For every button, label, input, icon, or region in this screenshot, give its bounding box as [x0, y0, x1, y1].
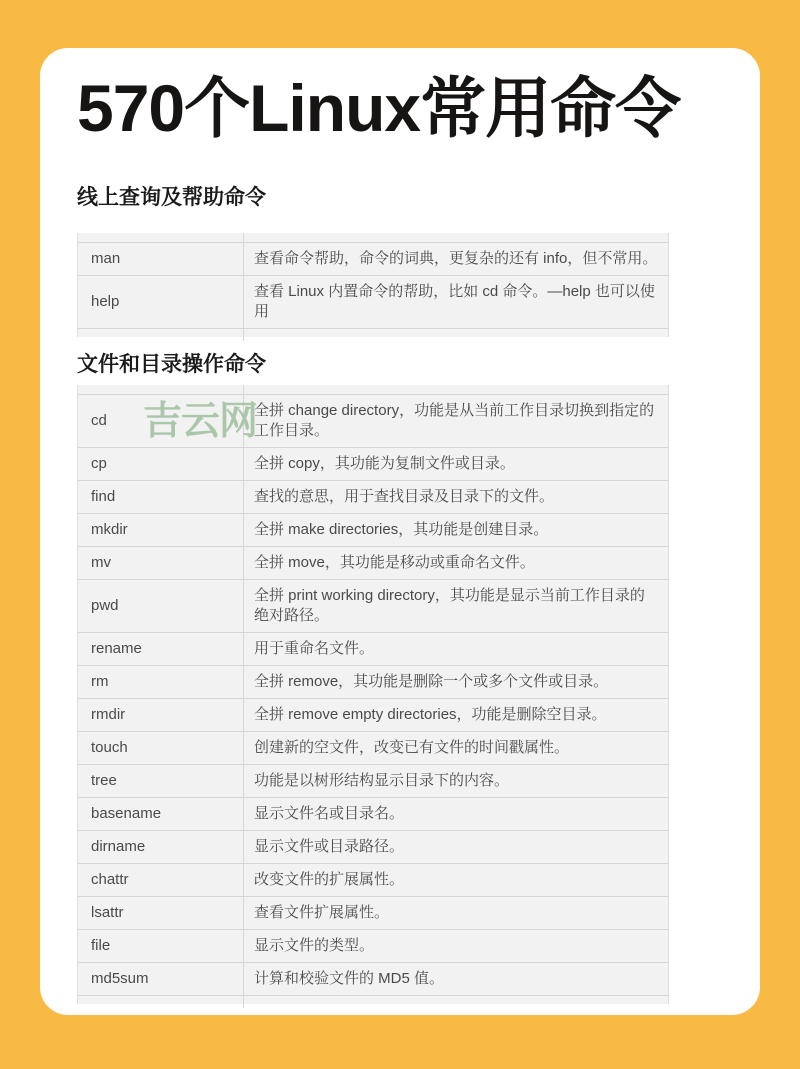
table-row: cd 全拼 change directory，功能是从当前工作目录切换到指定的工… — [78, 395, 668, 448]
description-cell: 显示文件或目录路径。 — [244, 831, 668, 863]
command-cell — [78, 329, 244, 341]
table-row: tree 功能是以树形结构显示目录下的内容。 — [78, 765, 668, 798]
description-cell: 创建新的空文件，改变已有文件的时间戳属性。 — [244, 732, 668, 764]
content-card: 570个Linux常用命令 线上查询及帮助命令 man 查看命令帮助，命令的词典… — [40, 48, 760, 1015]
description-cell: 全拼 remove，其功能是删除一个或多个文件或目录。 — [244, 666, 668, 698]
cropped-row-sliver — [78, 233, 668, 243]
table-row: mkdir 全拼 make directories，其功能是创建目录。 — [78, 514, 668, 547]
table-row: help 查看 Linux 内置命令的帮助，比如 cd 命令。—help 也可以… — [78, 276, 668, 329]
cropped-row-sliver — [78, 996, 668, 1004]
description-cell: 查看文件扩展属性。 — [244, 897, 668, 929]
file-dir-commands-table: cd 全拼 change directory，功能是从当前工作目录切换到指定的工… — [77, 385, 669, 1004]
command-cell: touch — [78, 732, 244, 764]
table-row: chattr 改变文件的扩展属性。 — [78, 864, 668, 897]
command-cell: rename — [78, 633, 244, 665]
command-cell: rm — [78, 666, 244, 698]
command-cell: file — [78, 930, 244, 962]
table-row: find 查找的意思，用于查找目录及目录下的文件。 — [78, 481, 668, 514]
table-row: dirname 显示文件或目录路径。 — [78, 831, 668, 864]
section-heading-file-dir: 文件和目录操作命令 — [77, 353, 725, 376]
description-cell: 查看命令帮助，命令的词典，更复杂的还有 info，但不常用。 — [244, 243, 668, 275]
table-row: lsattr 查看文件扩展属性。 — [78, 897, 668, 930]
command-cell: dirname — [78, 831, 244, 863]
command-cell: basename — [78, 798, 244, 830]
description-cell: 查找的意思，用于查找目录及目录下的文件。 — [244, 481, 668, 513]
table-row: rmdir 全拼 remove empty directories，功能是删除空… — [78, 699, 668, 732]
command-cell: md5sum — [78, 963, 244, 995]
table-row: rm 全拼 remove，其功能是删除一个或多个文件或目录。 — [78, 666, 668, 699]
section-heading-online-help: 线上查询及帮助命令 — [77, 186, 725, 209]
table-row: basename 显示文件名或目录名。 — [78, 798, 668, 831]
description-cell: 显示文件名或目录名。 — [244, 798, 668, 830]
command-cell: mkdir — [78, 514, 244, 546]
description-cell: 用于重命名文件。 — [244, 633, 668, 665]
command-cell — [78, 996, 244, 1008]
table-row: pwd 全拼 print working directory，其功能是显示当前工… — [78, 580, 668, 633]
description-cell: 查看 Linux 内置命令的帮助，比如 cd 命令。—help 也可以使用 — [244, 276, 668, 328]
table-row: file 显示文件的类型。 — [78, 930, 668, 963]
description-cell — [244, 329, 668, 341]
table-row: rename 用于重命名文件。 — [78, 633, 668, 666]
description-cell: 全拼 remove empty directories，功能是删除空目录。 — [244, 699, 668, 731]
description-cell: 功能是以树形结构显示目录下的内容。 — [244, 765, 668, 797]
command-cell: chattr — [78, 864, 244, 896]
cropped-row-sliver — [78, 385, 668, 395]
table-row: md5sum 计算和校验文件的 MD5 值。 — [78, 963, 668, 996]
description-cell: 显示文件的类型。 — [244, 930, 668, 962]
command-cell: lsattr — [78, 897, 244, 929]
command-cell: mv — [78, 547, 244, 579]
description-cell: 计算和校验文件的 MD5 值。 — [244, 963, 668, 995]
command-cell: cd — [78, 395, 244, 447]
description-cell — [244, 996, 668, 1008]
description-cell: 改变文件的扩展属性。 — [244, 864, 668, 896]
table-row: cp 全拼 copy，其功能为复制文件或目录。 — [78, 448, 668, 481]
command-cell: man — [78, 243, 244, 275]
description-cell: 全拼 copy，其功能为复制文件或目录。 — [244, 448, 668, 480]
description-cell: 全拼 change directory，功能是从当前工作目录切换到指定的工作目录… — [244, 395, 668, 447]
cropped-row-sliver — [78, 329, 668, 337]
description-cell: 全拼 print working directory，其功能是显示当前工作目录的… — [244, 580, 668, 632]
page-title: 570个Linux常用命令 — [77, 74, 725, 144]
command-cell: tree — [78, 765, 244, 797]
table-row: touch 创建新的空文件，改变已有文件的时间戳属性。 — [78, 732, 668, 765]
description-cell: 全拼 make directories，其功能是创建目录。 — [244, 514, 668, 546]
command-cell: find — [78, 481, 244, 513]
description-cell: 全拼 move，其功能是移动或重命名文件。 — [244, 547, 668, 579]
table-row: mv 全拼 move，其功能是移动或重命名文件。 — [78, 547, 668, 580]
command-cell: help — [78, 276, 244, 328]
table-row: man 查看命令帮助，命令的词典，更复杂的还有 info，但不常用。 — [78, 243, 668, 276]
command-cell: pwd — [78, 580, 244, 632]
command-cell: rmdir — [78, 699, 244, 731]
command-cell: cp — [78, 448, 244, 480]
help-commands-table: man 查看命令帮助，命令的词典，更复杂的还有 info，但不常用。 help … — [77, 233, 669, 337]
